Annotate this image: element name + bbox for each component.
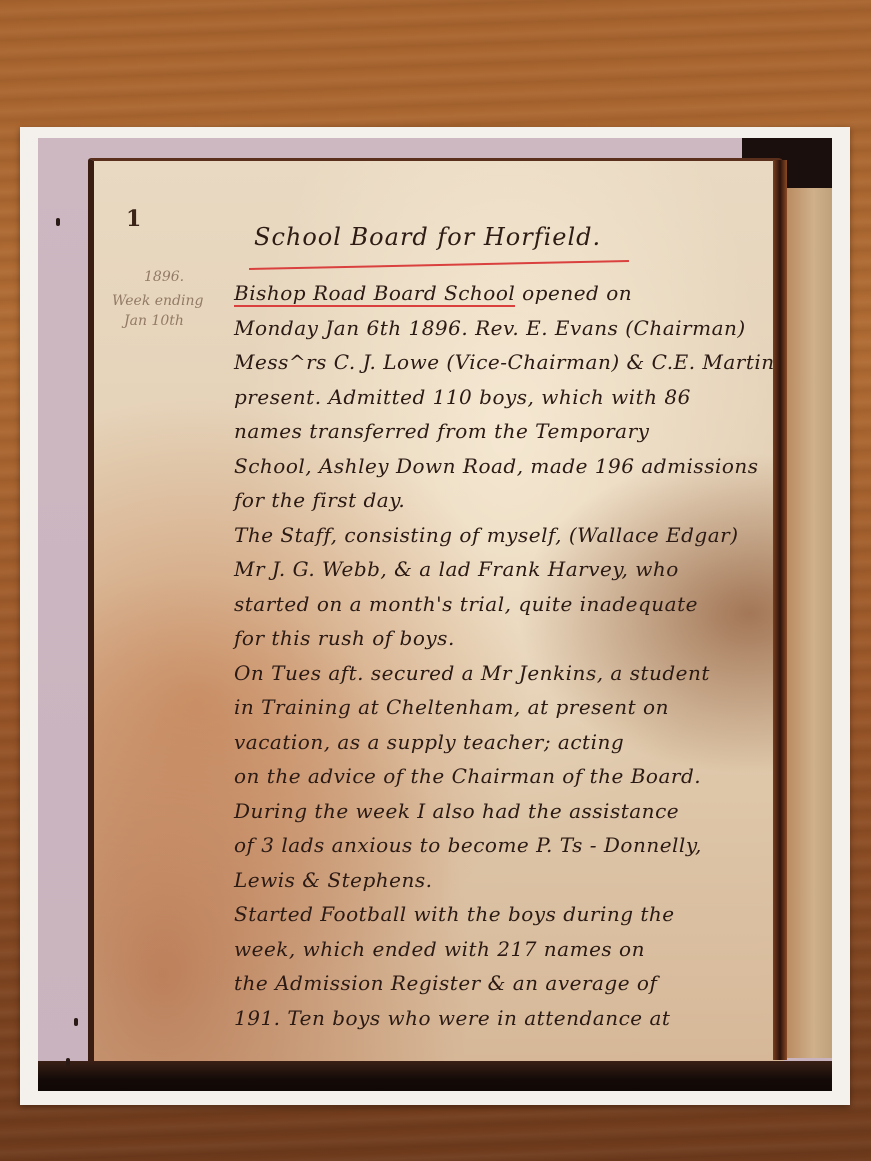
paper-hole bbox=[56, 218, 60, 226]
entry-line: The Staff, consisting of myself, (Wallac… bbox=[234, 518, 824, 553]
entry-line: the Admission Register & an average of bbox=[234, 966, 824, 1001]
margin-note-year: 1896. bbox=[144, 269, 184, 285]
page-number: 1 bbox=[126, 206, 141, 232]
paper-hole bbox=[66, 1058, 70, 1066]
entry-line: names transferred from the Temporary bbox=[234, 414, 824, 449]
entry-line: On Tues aft. secured a Mr Jenkins, a stu… bbox=[234, 656, 824, 691]
entry-body: Bishop Road Board School opened on Monda… bbox=[234, 276, 824, 1035]
entry-line: Mr J. G. Webb, & a lad Frank Harvey, who bbox=[234, 552, 824, 587]
title-underline bbox=[249, 260, 629, 270]
page-title: School Board for Horfield. bbox=[254, 223, 601, 251]
entry-line: 191. Ten boys who were in attendance at bbox=[234, 1001, 824, 1036]
entry-line: of 3 lads anxious to become P. Ts - Donn… bbox=[234, 828, 824, 863]
entry-line: During the week I also had the assistanc… bbox=[234, 794, 824, 829]
entry-line: Started Football with the boys during th… bbox=[234, 897, 824, 932]
binding-gutter bbox=[773, 160, 787, 1060]
entry-line: on the advice of the Chairman of the Boa… bbox=[234, 759, 824, 794]
entry-line: started on a month's trial, quite inadeq… bbox=[234, 587, 824, 622]
entry-line: School, Ashley Down Road, made 196 admis… bbox=[234, 449, 824, 484]
entry-line: Bishop Road Board School opened on bbox=[234, 276, 824, 311]
margin-note-week: Week ending bbox=[112, 293, 203, 309]
ledger-photograph: 1 School Board for Horfield. 1896. Week … bbox=[38, 138, 832, 1091]
entry-line: vacation, as a supply teacher; acting bbox=[234, 725, 824, 760]
entry-line: Lewis & Stephens. bbox=[234, 863, 824, 898]
entry-line: week, which ended with 217 names on bbox=[234, 932, 824, 967]
entry-line: for the first day. bbox=[234, 483, 824, 518]
bottom-shadow bbox=[38, 1061, 832, 1091]
entry-line: in Training at Cheltenham, at present on bbox=[234, 690, 824, 725]
entry-line: Mess^rs C. J. Lowe (Vice-Chairman) & C.E… bbox=[234, 345, 824, 380]
entry-line: for this rush of boys. bbox=[234, 621, 824, 656]
entry-line: Monday Jan 6th 1896. Rev. E. Evans (Chai… bbox=[234, 311, 824, 346]
ledger-page: 1 School Board for Horfield. 1896. Week … bbox=[88, 158, 784, 1066]
entry-line: present. Admitted 110 boys, which with 8… bbox=[234, 380, 824, 415]
school-name-underlined: Bishop Road Board School bbox=[234, 281, 515, 307]
margin-note-date: Jan 10th bbox=[124, 313, 184, 329]
paper-hole bbox=[74, 1018, 78, 1026]
